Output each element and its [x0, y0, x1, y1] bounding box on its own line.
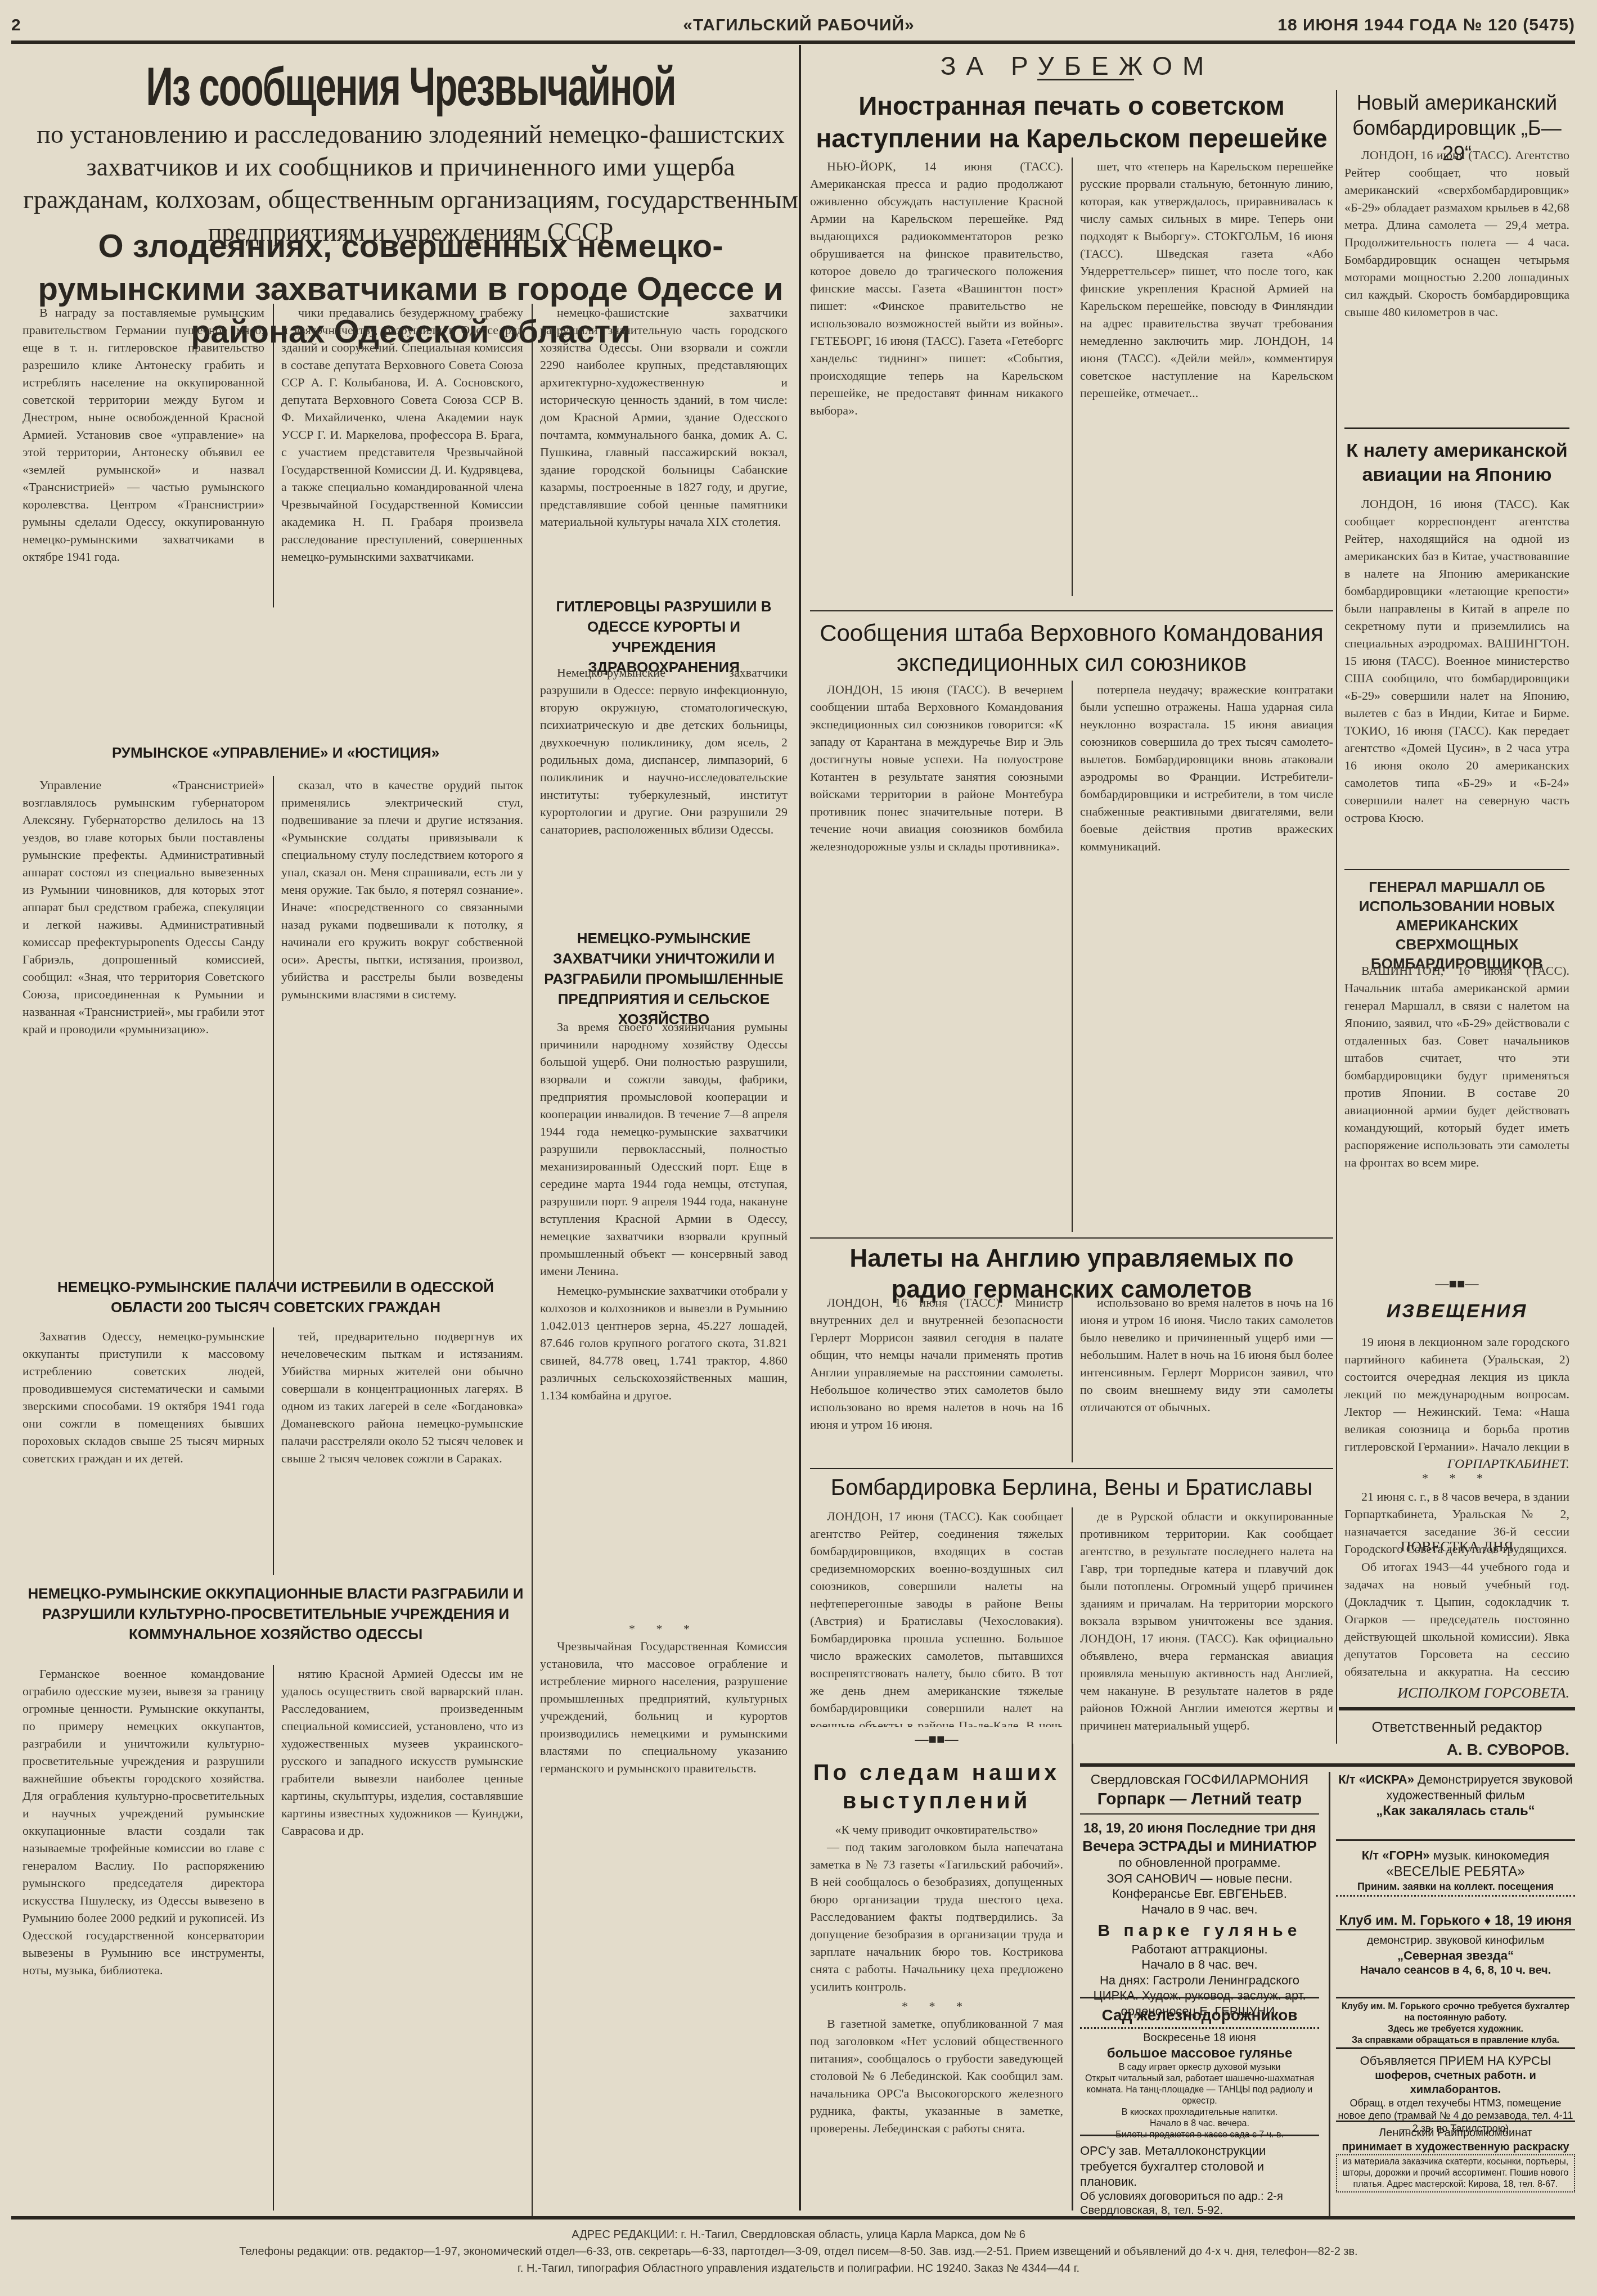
follow-up-title: По следам наших выступлений — [810, 1759, 1063, 1815]
ad-rule — [1336, 1997, 1575, 1998]
art-karelia-title: Иностранная печать о советском наступлен… — [810, 90, 1333, 155]
footer-print: г. Н.-Тагил, типография Областного управ… — [0, 2262, 1597, 2275]
notice-lecture-sign: ГОРПАРТКАБИНЕТ. — [1344, 1457, 1569, 1472]
star-ornament: * * * — [1344, 1471, 1569, 1485]
ad-rule — [1336, 1839, 1575, 1841]
ad-ors-contact: Об условиях договориться по адр.: 2-я Св… — [1080, 2190, 1319, 2218]
ad-rule — [1080, 2135, 1319, 2136]
ad-philharmonic-start: Начало в 9 час. веч. — [1080, 1902, 1319, 1917]
ad-park-attractions: Работают аттракционы. — [1080, 1942, 1319, 1957]
ad-gorky-job-text3: За справками обращаться в правление клуб… — [1336, 2035, 1575, 2046]
marshall-text: ВАШИНГТОН, 16 июня (ТАСС). Начальник шта… — [1344, 962, 1569, 1249]
article-rule — [810, 1468, 1333, 1469]
ad-iskra-film: „Как закалялась сталь“ — [1336, 1803, 1575, 1820]
ad-raiprom-subtitle: принимает в художественную раскраску — [1336, 2140, 1575, 2154]
intro-column-1: В награду за поставляемые румынским прав… — [23, 304, 264, 619]
ad-raipromkombinat: Ленинский Райпромкомбинат принимает в ху… — [1336, 2126, 1575, 2193]
section-industry-title: НЕМЕЦКО-РУМЫНСКИЕ ЗАХВАТЧИКИ УНИЧТОЖИЛИ … — [540, 928, 788, 1029]
abroad-section-title: ЗА РУБЕЖОМ — [810, 51, 1344, 81]
column-divider — [1072, 1294, 1073, 1462]
ad-gorky-job-text2: Здесь же требуется художник. — [1336, 2024, 1575, 2035]
ad-philharmonic-venue: Горпарк — Летний театр — [1080, 1789, 1319, 1815]
article-rule — [810, 610, 1333, 611]
ad-park-title: В парке гулянье — [1080, 1920, 1319, 1942]
notice-session-sign: ИСПОЛКОМ ГОРСОВЕТА. — [1344, 1685, 1569, 1701]
ad-divider — [1329, 1772, 1330, 2216]
allied-column-1: ЛОНДОН, 15 июня (ТАСС). В вечернем сообщ… — [810, 681, 1063, 1232]
column-divider — [273, 776, 274, 1282]
ad-rule — [1336, 2121, 1575, 2122]
ad-railway-line: В киосках прохладительные напитки. — [1080, 2107, 1319, 2118]
footer-rule — [11, 2216, 1575, 2220]
ad-gorky-job-text: Клубу им. М. Горького срочно требуется б… — [1336, 2001, 1575, 2024]
paper-name: «ТАГИЛЬСКИЙ РАБОЧИЙ» — [675, 16, 923, 35]
karelia-column-1: НЬЮ-ЙОРК, 14 июня (ТАСС). Американская п… — [810, 157, 1063, 596]
ad-gorky-job: Клубу им. М. Горького срочно требуется б… — [1336, 2001, 1575, 2046]
follow-up-quote: «К чему приводит очковтирательство» — [810, 1821, 1063, 1838]
radio-planes-column-1: ЛОНДОН, 16 июня (ТАСС). Министр внутренн… — [810, 1294, 1063, 1462]
ad-railway-garden: Сад железнодорожников Воскресенье 18 июн… — [1080, 2005, 1319, 2141]
ad-gorky-dates: 18, 19 июня — [1495, 1913, 1572, 1928]
notices-title: ИЗВЕЩЕНИЯ — [1344, 1299, 1569, 1323]
dash-ornament: —■■— — [1344, 1277, 1569, 1292]
follow-up-article: —■■— По следам наших выступлений «К чему… — [810, 1732, 1063, 2181]
masthead-rule — [11, 40, 1575, 44]
ad-philharmonic-org: Свердловская ГОСФИЛАРМОНИЯ — [1080, 1772, 1319, 1789]
ad-courses-subtitle: шоферов, счетных работн. и химлаборантов… — [1336, 2069, 1575, 2097]
follow-up-text: — под таким заголовком была напечатана з… — [810, 1838, 1063, 2181]
ad-gorky-sessions: Начало сеансов в 4, 6, 8, 10 ч. веч. — [1336, 1964, 1575, 1978]
ad-railway-line: Начало в 8 час. вечера. — [1080, 2118, 1319, 2130]
ad-philharmonic-dates: 18, 19, 20 июня Последние три дня — [1080, 1820, 1319, 1837]
ad-railway-event: большое массовое гулянье — [1080, 2045, 1319, 2062]
final-notes-column: * * * Чрезвычайная Государственная Комис… — [540, 1620, 788, 2211]
bombing-column-1: ЛОНДОН, 17 июня (ТАСС). Как сообщает аге… — [810, 1507, 1063, 1727]
section-culture-title: НЕМЕЦКО-РУМЫНСКИЕ ОККУПАЦИОННЫЕ ВЛАСТИ Р… — [23, 1583, 529, 1644]
ad-iskra-cinema: К/т «ИСКРА» — [1338, 1772, 1414, 1786]
footer-address: АДРЕС РЕДАКЦИИ: г. Н.-Тагил, Свердловска… — [0, 2229, 1597, 2241]
column-divider — [1336, 90, 1337, 1744]
ad-philharmonic: Свердловская ГОСФИЛАРМОНИЯ Горпарк — Лет… — [1080, 1772, 1319, 2019]
column-divider — [532, 304, 533, 2216]
main-title: Из сообщения Чрезвычайной Государственно… — [139, 56, 682, 124]
ad-iskra-text: Демонстрируется звуковой художественный … — [1386, 1772, 1572, 1802]
ad-railway-date: Воскресенье 18 июня — [1080, 2031, 1319, 2045]
bombing-column-2: де в Рурской области и оккупированные пр… — [1080, 1507, 1333, 1738]
page-number: 2 — [11, 16, 21, 35]
main-title-wrap: Из сообщения Чрезвычайной Государственно… — [23, 56, 799, 124]
health-column: Немецко-румынские захватчики разрушили в… — [540, 664, 788, 928]
ad-philharmonic-show: Вечера ЭСТРАДЫ и МИНИАТЮР — [1080, 1837, 1319, 1856]
ad-raiprom-address: Адрес мастерской: Кирова, 18, тел. 8-67. — [1387, 2180, 1558, 2189]
column-divider — [273, 1327, 274, 1575]
footer-phones: Телефоны редакции: отв. редактор—1-97, э… — [0, 2245, 1597, 2258]
agenda-title: ПОВЕСТКА ДНЯ — [1344, 1538, 1569, 1555]
killing-column-2: тей, предварительно подвергнув их нечело… — [281, 1327, 523, 1575]
editor-label: Ответственный редактор — [1344, 1718, 1569, 1736]
ad-ors-text: ОРС'у зав. Металлоконструкции требуется … — [1080, 2143, 1319, 2190]
culture-column-1: Германское военное командование ограбило… — [23, 1665, 264, 2211]
ad-gorky-club: Клуб им. М. Горького ♦ 18, 19 июня демон… — [1336, 1912, 1575, 1978]
ad-raiprom-title: Ленинский Райпромкомбинат — [1336, 2126, 1575, 2140]
column-divider — [1072, 157, 1073, 596]
article-rule — [1344, 869, 1569, 870]
section-rule — [1339, 1707, 1575, 1710]
ad-gorn: К/т «ГОРН» музык. кинокомедия «ВЕСЕЛЫЕ Р… — [1336, 1848, 1575, 1897]
ads-rule — [1080, 1763, 1575, 1767]
column-divider — [273, 304, 274, 607]
article-rule — [1344, 427, 1569, 429]
article-rule — [810, 1237, 1333, 1239]
b29-text: ЛОНДОН, 16 июня (ТАСС). Агентство Рейтер… — [1344, 146, 1569, 427]
japan-title: К налету американской авиации на Японию — [1344, 439, 1569, 487]
ad-gorn-note: Приним. заявки на коллект. посещения — [1336, 1880, 1575, 1897]
ad-gorky-film: „Северная звезда“ — [1336, 1948, 1575, 1964]
notice-lecture: 19 июня в лекционном зале городского пар… — [1344, 1333, 1569, 1454]
star-ornament: * * * — [540, 1620, 788, 1637]
industry-column: За время своего хозяйничания румыны прич… — [540, 1018, 788, 1609]
art-allied-title: Сообщения штаба Верховного Командования … — [810, 619, 1333, 678]
culture-column-2: нятию Красной Армией Одессы им не удалос… — [281, 1665, 523, 2211]
justice-column-2: сказал, что в качестве орудий пыток прим… — [281, 776, 523, 1282]
ad-gorn-text: музык. кинокомедия — [1433, 1848, 1549, 1862]
justice-column-1: Управление «Транснистрией» возглавлялось… — [23, 776, 264, 1282]
editor-name: А. В. СУВОРОВ. — [1344, 1741, 1569, 1759]
ad-gorky-title: Клуб им. М. Горького — [1339, 1913, 1481, 1928]
japan-text: ЛОНДОН, 16 июня (ТАСС). Как сообщает кор… — [1344, 495, 1569, 866]
art-bombing-title: Бомбардировка Берлина, Вены и Братиславы — [810, 1474, 1333, 1502]
ad-philharmonic-program: по обновленной программе. — [1080, 1855, 1319, 1871]
column-divider — [1072, 681, 1073, 1232]
ad-rule — [1336, 2047, 1575, 2049]
column-divider — [1072, 1507, 1073, 1744]
column-divider — [273, 1665, 274, 2211]
ad-courses-title: Объявляется ПРИЕМ НА КУРСЫ — [1336, 2053, 1575, 2069]
section-200k-title: НЕМЕЦКО-РУМЫНСКИЕ ПАЛАЧИ ИСТРЕБИЛИ В ОДЕ… — [23, 1277, 529, 1317]
section-justice-title: РУМЫНСКОЕ «УПРАВЛЕНИЕ» И «ЮСТИЦИЯ» — [23, 742, 529, 763]
ad-rule — [1080, 1997, 1319, 1998]
ad-railway-title: Сад железнодорожников — [1080, 2005, 1319, 2029]
marshall-title: ГЕНЕРАЛ МАРШАЛЛ ОБ ИСПОЛЬЗОВАНИИ НОВЫХ А… — [1344, 877, 1569, 973]
column-divider — [1072, 1744, 1073, 2211]
ad-iskra: К/т «ИСКРА» Демонстрируется звуковой худ… — [1336, 1772, 1575, 1820]
ad-ors: ОРС'у зав. Металлоконструкции требуется … — [1080, 2143, 1319, 2218]
ad-philharmonic-host: Конферансье Евг. ЕВГЕНЬЕВ. — [1080, 1886, 1319, 1902]
ad-courses: Объявляется ПРИЕМ НА КУРСЫ шоферов, счет… — [1336, 2053, 1575, 2135]
radio-planes-column-2: использовано во время налетов в ночь на … — [1080, 1294, 1333, 1462]
karelia-column-2: шет, что «теперь на Карельском перешейке… — [1080, 157, 1333, 596]
ad-gorky-text: демонстрир. звуковой кинофильм — [1336, 1934, 1575, 1948]
ad-philharmonic-singer: ЗОЯ САНОВИЧ — новые песни. — [1080, 1871, 1319, 1887]
dash-ornament: —■■— — [810, 1732, 1063, 1748]
section-underline — [1037, 79, 1134, 80]
page-divider — [799, 45, 801, 2211]
agenda-text: Об итогах 1943—44 учебного года и задача… — [1344, 1558, 1569, 1682]
intro-column-2: чики предавались безудержному грабежу и … — [281, 304, 523, 619]
ad-gorn-cinema: К/т «ГОРН» — [1362, 1848, 1430, 1862]
issue-date: 18 ИЮНЯ 1944 ГОДА № 120 (5475) — [1260, 16, 1575, 35]
ad-railway-line: Открыт читальный зал, работает шашечно-ш… — [1080, 2073, 1319, 2107]
allied-column-2: потерпела неудачу; вражеские контратаки … — [1080, 681, 1333, 1232]
ad-railway-line: В саду играет оркестр духовой музыки — [1080, 2062, 1319, 2073]
ad-gorn-film: «ВЕСЕЛЫЕ РЕБЯТА» — [1336, 1863, 1575, 1880]
ad-park-start: Начало в 8 час. веч. — [1080, 1957, 1319, 1973]
killing-column-1: Захватив Одессу, немецко-румынские оккуп… — [23, 1327, 264, 1575]
intro-column-3: немецко-фашистские захватчики разрушили … — [540, 304, 788, 585]
